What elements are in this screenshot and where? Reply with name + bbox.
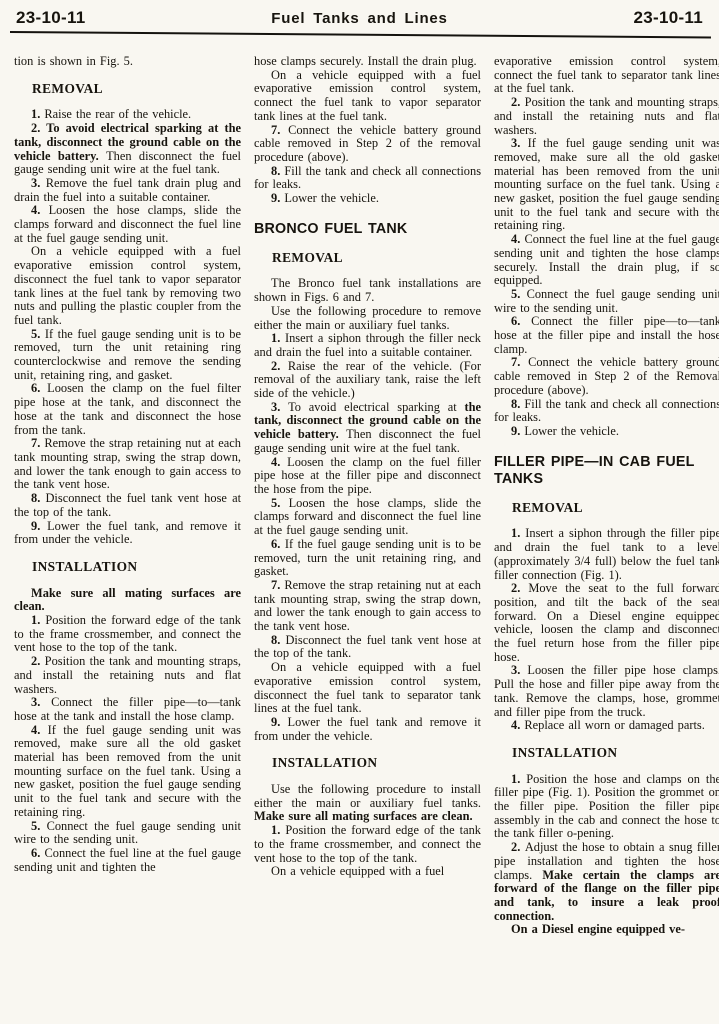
paragraph: hose clamps securely. Install the drain … <box>254 55 481 69</box>
paragraph: 5. Connect the fuel gauge sending unit w… <box>14 820 241 847</box>
paragraph: 9. Lower the vehicle. <box>254 192 481 206</box>
paragraph: 3. Connect the filler pipe—to—tank hose … <box>14 696 241 723</box>
procedure-heading: INSTALLATION <box>32 560 241 574</box>
paragraph: On a Diesel engine equipped ve- <box>494 923 719 937</box>
paragraph: 2. Adjust the hose to obtain a snug fill… <box>494 841 719 923</box>
procedure-heading: REMOVAL <box>32 82 241 96</box>
column-2: hose clamps securely. Install the drain … <box>254 55 481 937</box>
paragraph: 8. Disconnect the fuel tank vent hose at… <box>14 492 241 519</box>
procedure-heading: INSTALLATION <box>512 746 719 760</box>
paragraph: 2. Position the tank and mounting straps… <box>14 655 241 696</box>
paragraph: 3. Loosen the filler pipe hose clamps. P… <box>494 664 719 719</box>
paragraph: 2. Position the tank and mounting straps… <box>494 96 719 137</box>
paragraph: 5. Connect the fuel gauge sending unit w… <box>494 288 719 315</box>
paragraph: 1. Position the hose and clamps on the f… <box>494 773 719 842</box>
paragraph: 5. If the fuel gauge sending unit is to … <box>14 328 241 383</box>
paragraph: 8. Fill the tank and check all connectio… <box>254 165 481 192</box>
paragraph: On a vehicle equipped with a fuel <box>254 865 481 879</box>
paragraph: 2. Raise the rear of the vehicle. (For r… <box>254 360 481 401</box>
text-columns: tion is shown in Fig. 5.REMOVAL1. Raise … <box>0 33 719 937</box>
paragraph: 9. Lower the vehicle. <box>494 425 719 439</box>
paragraph: 1. Insert a siphon through the filler ne… <box>254 332 481 359</box>
paragraph: The Bronco fuel tank installations are s… <box>254 277 481 304</box>
paragraph: 7. Connect the vehicle battery ground ca… <box>494 356 719 397</box>
section-heading: FILLER PIPE—IN CAB FUEL TANKS <box>494 454 719 488</box>
paragraph: 3. To avoid electrical sparking at the t… <box>254 401 481 456</box>
paragraph: 4. Loosen the hose clamps, slide the cla… <box>14 204 241 245</box>
procedure-heading: REMOVAL <box>512 501 719 515</box>
paragraph: 6. Loosen the clamp on the fuel filter p… <box>14 382 241 437</box>
paragraph: tion is shown in Fig. 5. <box>14 55 241 69</box>
paragraph: 2. Move the seat to the full forward pos… <box>494 582 719 664</box>
paragraph: Use the following procedure to install e… <box>254 783 481 824</box>
paragraph: 9. Lower the fuel tank and remove it fro… <box>254 716 481 743</box>
paragraph: 4. Connect the fuel line at the fuel gau… <box>494 233 719 288</box>
page-title: Fuel Tanks and Lines <box>271 10 447 27</box>
paragraph: 5. Loosen the hose clamps, slide the cla… <box>254 497 481 538</box>
paragraph: 8. Disconnect the fuel tank vent hose at… <box>254 634 481 661</box>
paragraph: 2. To avoid electrical sparking at the t… <box>14 122 241 177</box>
paragraph: 3. If the fuel gauge sending unit was re… <box>494 137 719 233</box>
paragraph: 4. Replace all worn or damaged parts. <box>494 719 719 733</box>
column-3: evaporative emission control system, con… <box>494 55 719 937</box>
paragraph: On a vehicle equipped with a fuel evapor… <box>254 661 481 716</box>
paragraph: 9. Lower the fuel tank, and remove it fr… <box>14 520 241 547</box>
paragraph: 8. Fill the tank and check all connectio… <box>494 398 719 425</box>
paragraph: 3. Remove the fuel tank drain plug and d… <box>14 177 241 204</box>
paragraph: 1. Raise the rear of the vehicle. <box>14 108 241 122</box>
paragraph: 1. Position the forward edge of the tank… <box>14 614 241 655</box>
column-1: tion is shown in Fig. 5.REMOVAL1. Raise … <box>14 55 241 937</box>
section-heading: BRONCO FUEL TANK <box>254 221 481 238</box>
paragraph: Make sure all mating surfaces are clean. <box>14 587 241 614</box>
manual-page: 23-10-11 Fuel Tanks and Lines 23-10-11 t… <box>0 0 719 1024</box>
page-number-left: 23-10-11 <box>16 8 86 28</box>
paragraph: 6. If the fuel gauge sending unit is to … <box>254 538 481 579</box>
paragraph: 1. Position the forward edge of the tank… <box>254 824 481 865</box>
paragraph: 1. Insert a siphon through the filler pi… <box>494 527 719 582</box>
paragraph: Use the following procedure to remove ei… <box>254 305 481 332</box>
page-number-right: 23-10-11 <box>633 8 703 28</box>
procedure-heading: INSTALLATION <box>272 756 481 770</box>
page-header: 23-10-11 Fuel Tanks and Lines 23-10-11 <box>0 0 719 28</box>
paragraph: 4. If the fuel gauge sending unit was re… <box>14 724 241 820</box>
paragraph: On a vehicle equipped with a fuel evapor… <box>14 245 241 327</box>
paragraph: evaporative emission control system, con… <box>494 55 719 96</box>
paragraph: On a vehicle equipped with a fuel evapor… <box>254 69 481 124</box>
paragraph: 6. Connect the filler pipe—to—tank hose … <box>494 315 719 356</box>
paragraph: 4. Loosen the clamp on the fuel filler p… <box>254 456 481 497</box>
paragraph: 7. Connect the vehicle battery ground ca… <box>254 124 481 165</box>
paragraph: 6. Connect the fuel line at the fuel gau… <box>14 847 241 874</box>
procedure-heading: REMOVAL <box>272 251 481 265</box>
paragraph: 7. Remove the strap retaining nut at eac… <box>14 437 241 492</box>
paragraph: 7. Remove the strap retaining nut at eac… <box>254 579 481 634</box>
